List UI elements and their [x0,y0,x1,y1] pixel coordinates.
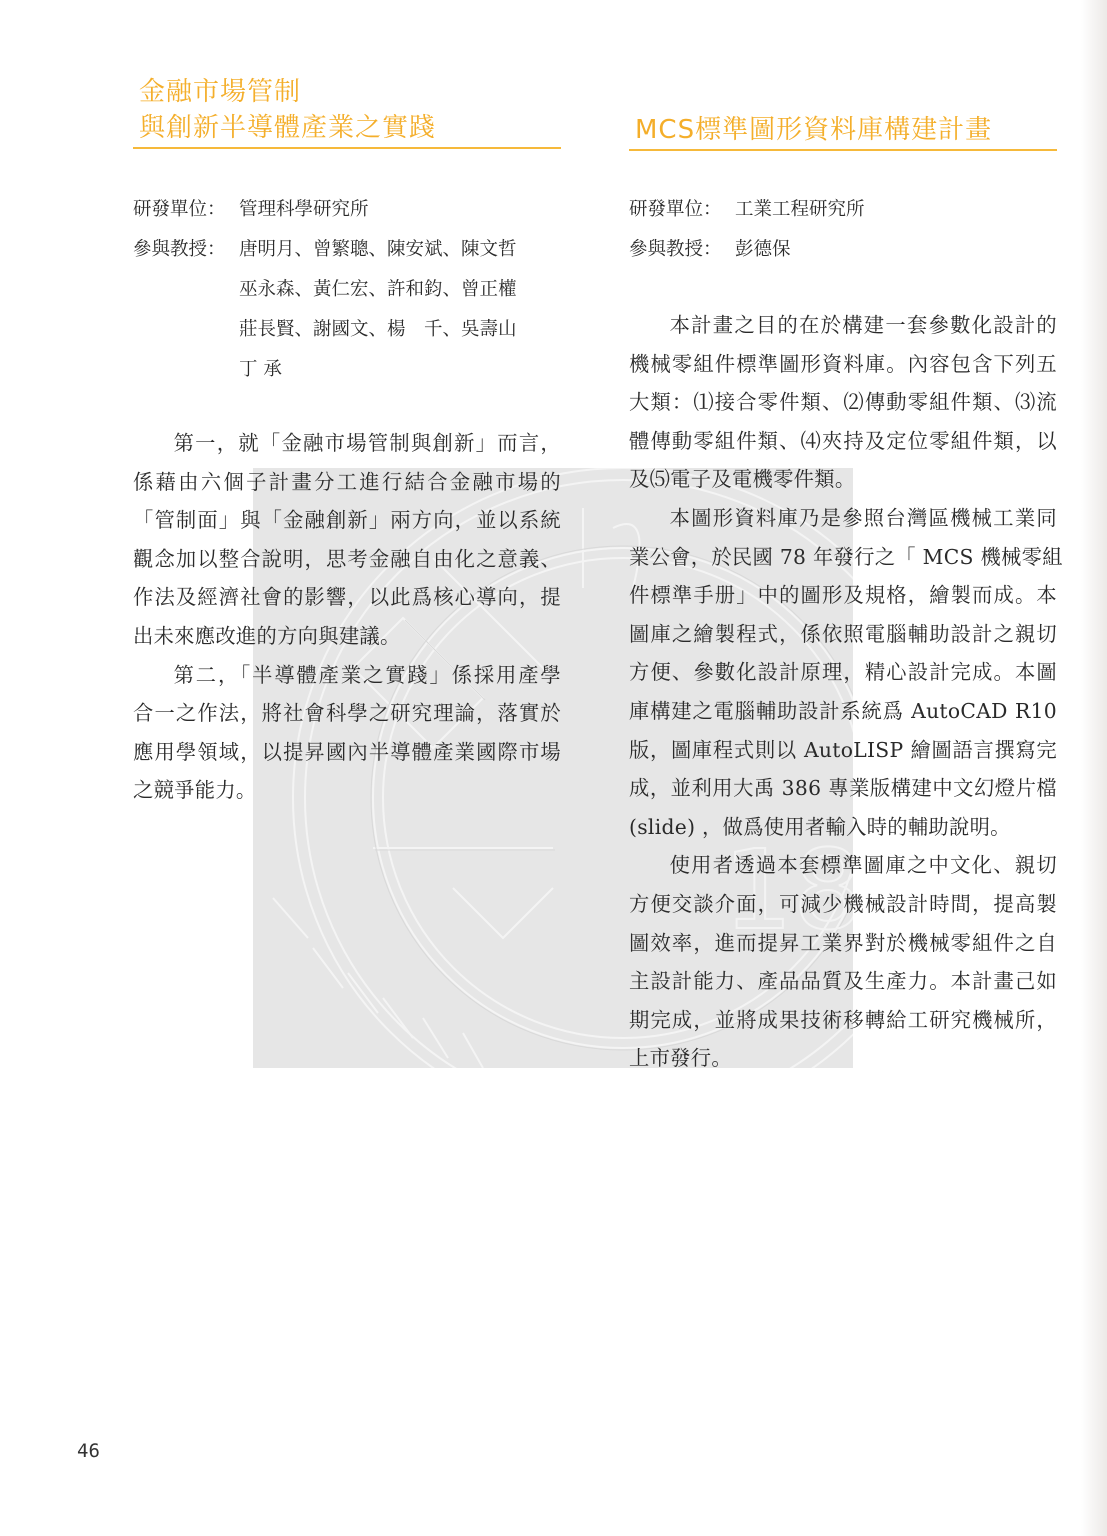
left-article-meta: 研發單位： 管理科學研究所 參與教授： 唐明月、曾繁聰、陳安斌、陳文哲 巫永森、… [133,190,573,390]
title-line: 金融市場管制 [133,74,561,110]
text-line: 本計畫之目的在於構建一套參數化設計的 [629,306,1057,345]
title-line: MCS標準圖形資料庫構建計畫 [629,112,1057,148]
page-number: 46 [77,1440,100,1462]
text-line: 上市發行。 [629,1039,1057,1078]
professors-line: 巫永森、黃仁宏、許和鈞、曾正權 [239,270,573,310]
text-line: 庫構建之電腦輔助設計系統爲 AutoCAD R10 [629,692,1057,731]
professors-list: 彭德保 [735,230,1069,270]
text-line: 機械零組件標準圖形資料庫。內容包含下列五 [629,345,1057,384]
professors-row: 參與教授： 唐明月、曾繁聰、陳安斌、陳文哲 巫永森、黃仁宏、許和鈞、曾正權 莊長… [133,230,573,390]
research-unit-row: 研發單位： 管理科學研究所 [133,190,573,230]
text-line: 使用者透過本套標準圖庫之中文化、親切 [629,846,1057,885]
paragraph: 第一，就「金融市場管制與創新」而言， 係藉由六個子計畫分工進行結合金融市場的 「… [133,424,561,656]
text-line: 大類：⑴接合零件類、⑵傳動零組件類、⑶流 [629,383,1057,422]
text-line: 作法及經濟社會的影響，以此爲核心導向，提 [133,578,561,617]
text-line: 主設計能力、產品品質及生產力。本計畫己如 [629,962,1057,1001]
text-line: 圖效率，進而提昇工業界對於機械零組件之自 [629,924,1057,963]
professors-row: 參與教授： 彭德保 [629,230,1069,270]
research-unit-value: 管理科學研究所 [239,190,573,230]
text-line: 版，圖庫程式則以 AutoLISP 繪圖語言撰寫完 [629,731,1057,770]
paragraph: 本圖形資料庫乃是參照台灣區機械工業同 業公會，於民國 78 年發行之「 MCS … [629,499,1057,846]
text-line: 「管制面」與「金融創新」兩方向，並以系統 [133,501,561,540]
paragraph: 本計畫之目的在於構建一套參數化設計的 機械零組件標準圖形資料庫。內容包含下列五 … [629,306,1057,499]
text-line: 方便、參數化設計原理，精心設計完成。本圖 [629,653,1057,692]
text-line: 體傳動零組件類、⑷夾持及定位零組件類，以 [629,422,1057,461]
professors-line: 彭德保 [735,230,1069,270]
paragraph: 第二，「半導體產業之實踐」係採用產學 合一之作法，將社會科學之研究理論，落實於 … [133,656,561,810]
text-line: 及⑸電子及電機零件類。 [629,460,1057,499]
text-line: 本圖形資料庫乃是參照台灣區機械工業同 [629,499,1057,538]
text-line: (slide) ，做爲使用者輸入時的輔助說明。 [629,808,1057,847]
right-article-meta: 研發單位： 工業工程研究所 參與教授： 彭德保 [629,190,1069,270]
left-article-title: 金融市場管制 與創新半導體產業之實踐 [133,74,561,149]
research-unit-label: 研發單位： [629,190,735,230]
text-line: 件標準手册」中的圖形及規格，繪製而成。本 [629,576,1057,615]
text-line: 成，並利用大禹 386 專業版構建中文幻燈片檔 [629,769,1057,808]
professors-list: 唐明月、曾繁聰、陳安斌、陳文哲 巫永森、黃仁宏、許和鈞、曾正權 莊長賢、謝國文、… [239,230,573,390]
text-line: 出未來應改進的方向與建議。 [133,617,561,656]
professors-label: 參與教授： [133,230,239,390]
text-line: 係藉由六個子計畫分工進行結合金融市場的 [133,463,561,502]
title-line: 與創新半導體產業之實踐 [133,110,561,146]
professors-line: 丁 承 [239,350,573,390]
professors-label: 參與教授： [629,230,735,270]
text-line: 業公會，於民國 78 年發行之「 MCS 機械零組 [629,538,1057,577]
text-line: 圖庫之繪製程式，係依照電腦輔助設計之親切 [629,615,1057,654]
text-line: 方便交談介面，可減少機械設計時間，提高製 [629,885,1057,924]
right-article-body: 本計畫之目的在於構建一套參數化設計的 機械零組件標準圖形資料庫。內容包含下列五 … [629,306,1057,1078]
research-unit-value: 工業工程研究所 [735,190,1069,230]
right-article-title: MCS標準圖形資料庫構建計畫 [629,112,1057,151]
text-line: 第二，「半導體產業之實踐」係採用產學 [133,656,561,695]
text-line: 第一，就「金融市場管制與創新」而言， [133,424,561,463]
text-line: 合一之作法，將社會科學之研究理論，落實於 [133,694,561,733]
research-unit-label: 研發單位： [133,190,239,230]
research-unit-row: 研發單位： 工業工程研究所 [629,190,1069,230]
paragraph: 使用者透過本套標準圖庫之中文化、親切 方便交談介面，可減少機械設計時間，提高製 … [629,846,1057,1078]
page-edge-shadow [1081,0,1107,1536]
left-article-body: 第一，就「金融市場管制與創新」而言， 係藉由六個子計畫分工進行結合金融市場的 「… [133,424,561,810]
text-line: 觀念加以整合說明，思考金融自由化之意義、 [133,540,561,579]
text-line: 應用學領域，以提昇國內半導體產業國際市場 [133,733,561,772]
professors-line: 唐明月、曾繁聰、陳安斌、陳文哲 [239,230,573,270]
text-line: 之競爭能力。 [133,771,561,810]
professors-line: 莊長賢、謝國文、楊 千、吳壽山 [239,310,573,350]
text-line: 期完成，並將成果技術移轉給工研究機械所， [629,1001,1057,1040]
